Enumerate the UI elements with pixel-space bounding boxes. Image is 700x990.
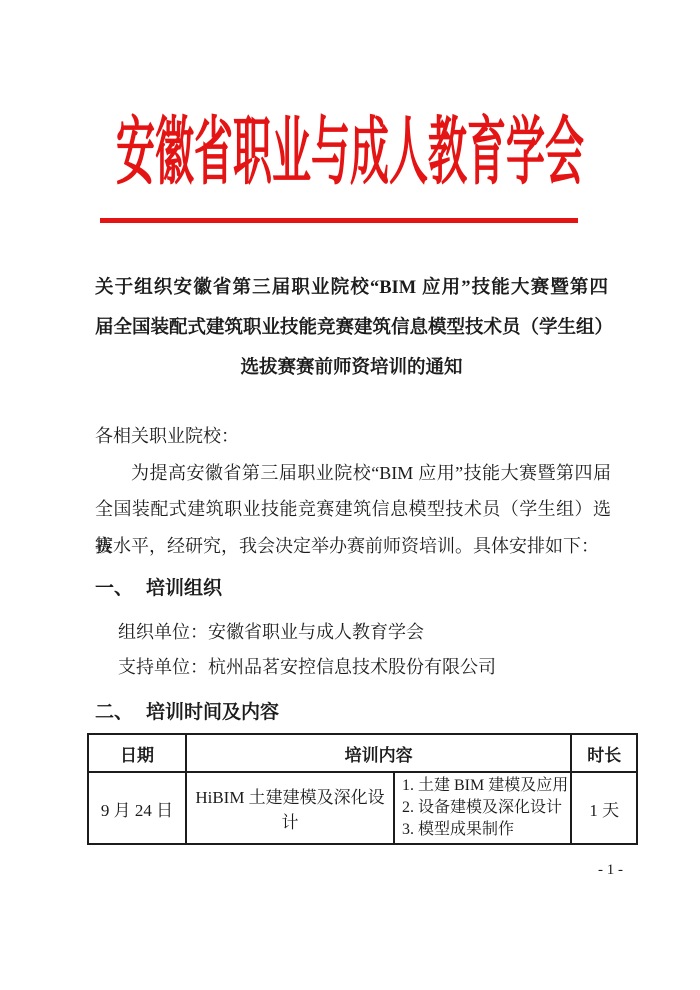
section-one-heading: 一、培训组织 [95,573,222,600]
header-duration: 时长 [571,734,637,772]
salutation: 各相关职业院校： [95,418,611,455]
table-header-row: 日期 培训内容 时长 [88,734,637,772]
section-two-heading: 二、培训时间及内容 [95,697,279,724]
paragraph-line-2: 全国装配式建筑职业技能竞赛建筑信息模型技术员（学生组）选拔 [95,491,611,528]
cell-course: HiBIM 土建建模及深化设计 [186,772,394,844]
cell-duration: 1 天 [571,772,637,844]
title-line-1: 关于组织安徽省第三届职业院校“BIM 应用”技能大赛暨第四 [95,268,608,308]
header-date: 日期 [88,734,186,772]
detail-item-1: 1. 土建 BIM 建模及应用 [402,775,568,797]
title-line-2: 届全国装配式建筑职业技能竞赛建筑信息模型技术员（学生组） [95,308,608,348]
organizer-line: 组织单位：安徽省职业与成人教育学会 [118,618,424,644]
training-schedule-table: 日期 培训内容 时长 9 月 24 日 HiBIM 土建建模及深化设计 1. 土… [87,733,638,845]
body-text: 各相关职业院校： 为提高安徽省第三届职业院校“BIM 应用”技能大赛暨第四届 全… [95,418,611,564]
document-title: 关于组织安徽省第三届职业院校“BIM 应用”技能大赛暨第四 届全国装配式建筑职业… [95,268,608,388]
organization-name: 安徽省职业与成人教育学会 [116,76,584,232]
table-data-row: 9 月 24 日 HiBIM 土建建模及深化设计 1. 土建 BIM 建模及应用… [88,772,637,844]
detail-item-2: 2. 设备建模及深化设计 [402,797,568,819]
title-line-3: 选拔赛赛前师资培训的通知 [95,348,608,388]
letterhead-divider [100,218,578,223]
section-two-number: 二、 [95,702,133,723]
paragraph-line-3: 赛水平，经研究，我会决定举办赛前师资培训。具体安排如下： [95,528,611,565]
document-page: 安徽省职业与成人教育学会 关于组织安徽省第三届职业院校“BIM 应用”技能大赛暨… [0,0,700,990]
supporter-line: 支持单位：杭州品茗安控信息技术股份有限公司 [118,653,496,679]
detail-item-3: 3. 模型成果制作 [402,819,568,841]
cell-details: 1. 土建 BIM 建模及应用 2. 设备建模及深化设计 3. 模型成果制作 [394,772,571,844]
section-one-number: 一、 [95,578,133,599]
header-content: 培训内容 [186,734,571,772]
section-one-title: 培训组织 [146,578,222,599]
page-number: - 1 - [0,862,700,879]
paragraph-line-1: 为提高安徽省第三届职业院校“BIM 应用”技能大赛暨第四届 [95,455,611,492]
letterhead-banner: 安徽省职业与成人教育学会 [0,113,700,195]
section-two-title: 培训时间及内容 [146,702,279,723]
cell-date: 9 月 24 日 [88,772,186,844]
